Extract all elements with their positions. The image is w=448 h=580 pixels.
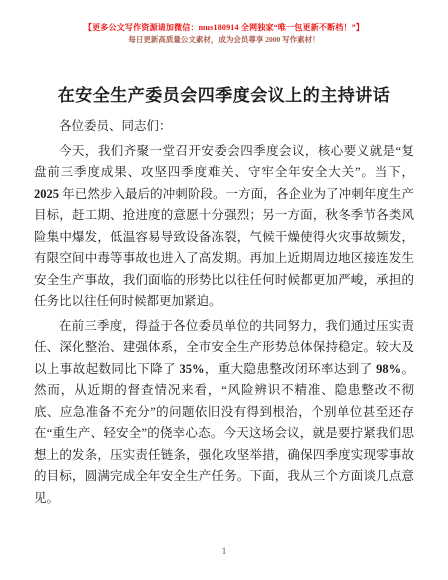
paragraph: 今天，我们齐聚一堂召开安委会四季度会议，核心要义就是“复盘前三季度成果、攻坚四季…: [34, 141, 414, 313]
paragraph: 各位委员、同志们：: [34, 116, 414, 138]
paragraph: 在前三季度，得益于各位委员单位的共同努力，我们通过压实责任、深化整治、建强体系，…: [34, 316, 414, 510]
promo-header: 【更多公文写作资源请加微信：mus180914 全网独家“唯一包更新不断档！”】…: [34, 22, 414, 45]
document-title: 在安全生产委员会四季度会议上的主持讲话: [34, 81, 414, 106]
promo-line-1: 【更多公文写作资源请加微信：mus180914 全网独家“唯一包更新不断档！”】: [34, 22, 414, 34]
document-page: 【更多公文写作资源请加微信：mus180914 全网独家“唯一包更新不断档！”】…: [0, 0, 448, 580]
document-body: 各位委员、同志们：今天，我们齐聚一堂召开安委会四季度会议，核心要义就是“复盘前三…: [34, 116, 414, 509]
page-number: 1: [0, 546, 448, 556]
promo-line-2: 每日更新高质量公文素材，成为会员尊享 2000 写作素材！: [34, 34, 414, 45]
